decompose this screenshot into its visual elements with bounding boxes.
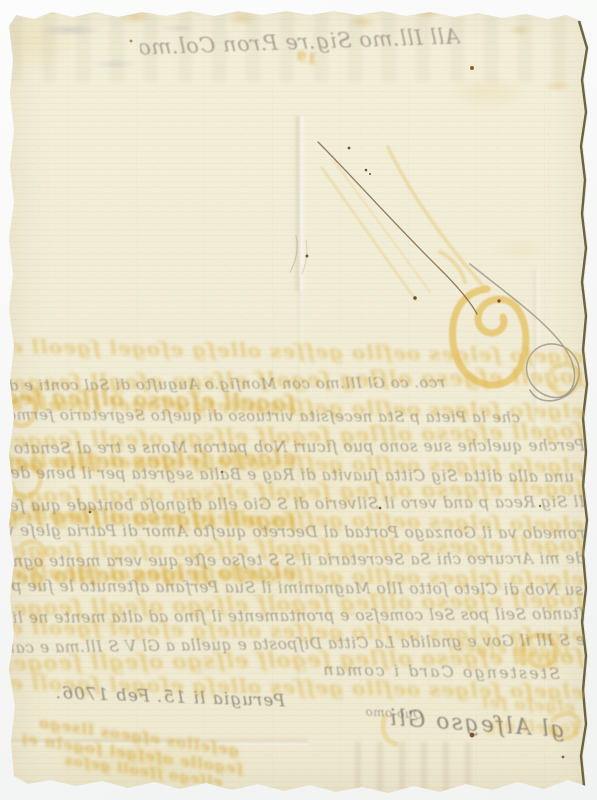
bleedthrough-line: romedo va il Gonzago Portad al Decreto q… (8, 522, 585, 543)
fold-crease-vertical (294, 116, 306, 291)
offset-ink-block-line: ſegolle ofeſgel ſogeln efes (22, 731, 244, 779)
yellow-margin-curl-3 (18, 542, 44, 570)
bleedthrough-line: ſtando Seil pos Sel comeſso e prontament… (8, 606, 585, 628)
bottom-edge-shading (355, 742, 475, 792)
ink-speck (306, 255, 309, 258)
yellow-margin-curl-1 (10, 398, 36, 426)
offset-ink-patch: elgeſo ſelges oefllo geſſes olleſg eſoge… (480, 694, 576, 717)
ink-speck (413, 296, 416, 299)
offset-ink-row: elgeſo ſelges oefllo geſſes olleſg eſoge… (6, 392, 584, 423)
offset-ink-row: ſogell efgeso olſleg ſegolf elſsgo ofegl… (6, 644, 584, 675)
offset-ink-row: ſogell efgeso olſleg ſegolf elſsgo ofegl… (6, 587, 584, 620)
ink-speck (221, 471, 224, 474)
offset-ink-row: elgeſo ſelges oefllo geſſes olleſg eſoge… (6, 503, 584, 536)
offset-ink-patch: ſogell efgeso olſleg ſegolf elſsgo ofegl… (488, 716, 579, 738)
yellow-bottom-right-curl (521, 635, 556, 666)
ink-speck (130, 40, 133, 43)
offset-ink-patch: ſogell efgeso olſleg ſegolf elſsgo ofegl… (6, 384, 297, 415)
yellow-flourish-tail (388, 147, 485, 288)
yellow-signature-curl (553, 714, 579, 738)
ink-speck (348, 147, 351, 150)
bleedthrough-line: Perche quelche sue sono puo ſicuri Nob p… (8, 437, 585, 458)
bleedthrough-dateline: Perugia li 15. Feb 1706. (33, 684, 286, 712)
yellow-spiral-flourish (453, 289, 526, 385)
page-edge-line (579, 21, 587, 786)
offset-ink-row: ſogell efgeso olſleg ſegolf elſsgo ofegl… (6, 419, 584, 453)
yellow-ink-flourishes (10, 147, 579, 744)
offset-ink-patch: ſogell efgeso olſleg ſegolf elſsgo ofegl… (6, 503, 296, 533)
paper-sheet: elgeſo ſelges oefllo geſſes olleſg eſoge… (0, 0, 597, 800)
ink-speck (497, 299, 500, 302)
hairline-curve (318, 142, 477, 314)
fold-crease-vertical-lower (297, 290, 304, 690)
offset-ink-patch: elgeſo ſelges oefllo geſſes olleſg eſoge… (6, 559, 296, 588)
yellow-diagonal-streak-2 (333, 160, 430, 292)
ink-speck (470, 733, 475, 738)
crease-pinch-mark-2 (302, 240, 307, 274)
bleedthrough-line: Il Sig Reca p and vero il Silverio di S … (8, 494, 585, 516)
yellow-right-curl (552, 364, 579, 394)
fold-crease-right (532, 268, 541, 438)
right-edge-dark-line (579, 21, 587, 786)
offset-ink-row: elgeſo ſelges oefllo geſſes olleſg eſoge… (6, 449, 584, 478)
yellow-signature-stroke (383, 716, 396, 744)
offset-ink-row: elgeſo ſelges oefllo geſſes olleſg eſoge… (6, 616, 584, 647)
ink-speck (365, 169, 368, 172)
offset-ink-row: elgeſo ſelges oefllo geſſes olleſg eſoge… (6, 335, 584, 368)
yellow-margin-curl-2 (12, 466, 41, 496)
bleedthrough-line: rco. co Gl Ill.mo con Monſig.o Auguſto d… (8, 374, 445, 394)
hairline-ink-mark (318, 142, 477, 314)
bleedthrough-line: e S Ill il Gov e gnalida La Citta Diſpos… (8, 632, 585, 658)
pencil-marks (290, 236, 579, 401)
top-roll-shading (8, 12, 583, 82)
ink-speck (470, 66, 474, 70)
offset-ink-row: elgeſo ſelges oefllo geſſes olleſg eſoge… (6, 671, 584, 703)
ink-specks (89, 40, 565, 759)
numbering-mark: 19 (290, 48, 318, 68)
offset-ink-row: ſogell efgeso olſleg ſegolf elſsgo ofegl… (6, 533, 584, 563)
offset-ink-block-line: geſellos efgeos llsego (28, 713, 240, 760)
pencil-spiral (470, 264, 579, 401)
yellow-diagonal-streak (322, 168, 416, 300)
offset-ink-row: ſogell efgeso olſleg ſegolf elſsgo ofegl… (6, 364, 584, 395)
crease-pinch-mark-1 (290, 236, 297, 272)
ink-speck (369, 173, 371, 175)
ink-speck (379, 507, 382, 510)
ink-speck (562, 756, 565, 759)
ink-marks-layer (0, 0, 597, 800)
paper-edge-vignette (0, 0, 597, 800)
ink-speck (539, 505, 541, 507)
bleedthrough-line: de mi Arcureo chi Sa Secretaria il S S t… (8, 550, 585, 571)
offset-ink-patch: elgeſo ſelges oefllo geſſes olleſg eſoge… (6, 445, 296, 475)
fold-crease-horizontal (8, 738, 308, 747)
bleedthrough-line: l una alla ditta Sig Citta ſuavita di Ra… (8, 465, 585, 487)
offset-ink-patch: ſogell efgeso olſleg ſegolf elſsgo ofegl… (450, 638, 571, 661)
bleedthrough-line: che la Pieta p Sta neceſsita virtuoso di… (8, 407, 520, 427)
yellow-arc (440, 252, 465, 282)
offset-ink-row: ſogell efgeso olſleg ſegolf elſsgo ofegl… (6, 476, 584, 508)
bleedthrough-closing-line: Stestengo Card i comano (322, 661, 560, 684)
bleedthrough-line: su Nob di Cleto ſotto Illo Magnanimi il … (8, 578, 583, 600)
offset-ink-row: elgeſo ſelges oefllo geſſes olleſg eſoge… (6, 560, 584, 590)
scanned-manuscript-page: elgeſo ſelges oefllo geſſes olleſg eſoge… (0, 0, 597, 800)
ink-speck (89, 511, 92, 514)
bleedthrough-signature-flourish: gl Alfegso Gliffo (389, 706, 565, 743)
bleedthrough-address-line: All Ill.mo Sig.re P.ron Col.mo (140, 24, 461, 59)
offset-ink-block-line: elſego ſfeoll geſos (38, 749, 223, 791)
bleedthrough-signature-fragment: Quo omo (318, 703, 424, 722)
